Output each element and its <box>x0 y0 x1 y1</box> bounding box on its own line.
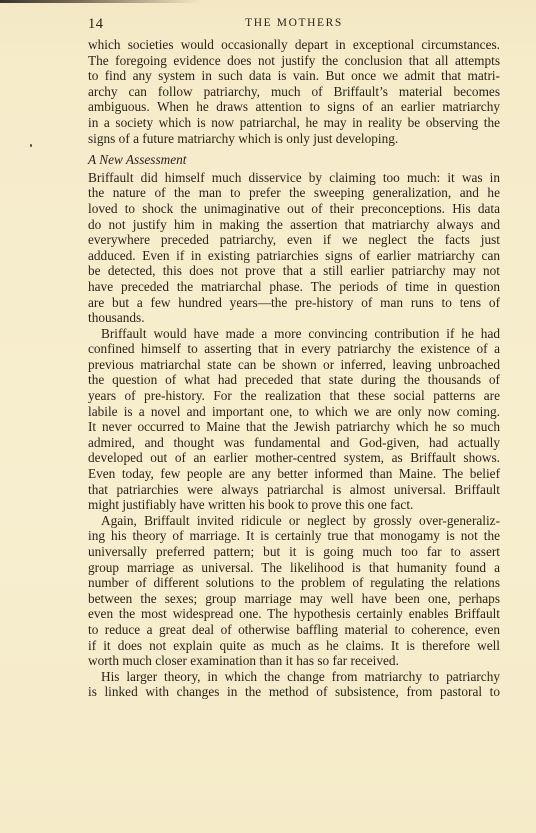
paragraph: Again, Briffault invited ridicule or neg… <box>88 513 500 669</box>
paragraph: Briffault did himself much disservice by… <box>88 170 500 326</box>
text-line: signs of a future matriarchy which is on… <box>88 131 500 147</box>
text-line: is linked with changes in the method of … <box>88 684 500 700</box>
body-text: which societies would occasionally depar… <box>88 37 500 700</box>
running-head: 14 THE MOTHERS <box>88 16 500 36</box>
text-line: labile is a novel and important one, to … <box>88 404 500 420</box>
text-line: previous matriarchal state can be shown … <box>88 357 500 373</box>
text-line: are but a few hundred years—the pre-hist… <box>88 295 500 311</box>
text-line: be detected, this does not prove that a … <box>88 263 500 279</box>
text-line: developed out of an earlier mother-centr… <box>88 450 500 466</box>
text-line: archy can follow patriarchy, much of Bri… <box>88 84 500 100</box>
text-line: in a society which is now patriarchal, h… <box>88 115 500 131</box>
text-line: even the most widespread one. The hypoth… <box>88 606 500 622</box>
text-line: adduced. Even if in existing patriarchie… <box>88 248 500 264</box>
section-heading: A New Assessment <box>88 152 500 168</box>
text-line: Briffault would have made a more convinc… <box>88 326 500 342</box>
text-line: loved to shock the unimaginative out of … <box>88 201 500 217</box>
paper-speck <box>30 144 32 147</box>
text-line: the question of what had preceded that s… <box>88 372 500 388</box>
text-line: which societies would occasionally depar… <box>88 37 500 53</box>
paragraph: Briffault would have made a more convinc… <box>88 326 500 513</box>
paragraph: which societies would occasionally depar… <box>88 37 500 146</box>
text-line: that patriarchies were always patriarcha… <box>88 482 500 498</box>
text-line: confined himself to asserting that in ev… <box>88 341 500 357</box>
running-title: THE MOTHERS <box>88 17 500 29</box>
text-line: His larger theory, in which the change f… <box>88 669 500 685</box>
book-page: 14 THE MOTHERS which societies would occ… <box>0 0 536 833</box>
text-line: Even today, few people are any better in… <box>88 466 500 482</box>
paragraph: His larger theory, in which the change f… <box>88 669 500 700</box>
text-line: ambiguous. When he draws attention to si… <box>88 99 500 115</box>
text-line: thousands. <box>88 310 500 326</box>
text-line: to find any system in such data is vain.… <box>88 68 500 84</box>
text-line: have preceded the matriarchal phase. The… <box>88 279 500 295</box>
text-line: number of different solutions to the pro… <box>88 575 500 591</box>
text-line: if it does not explain quite as much as … <box>88 638 500 654</box>
text-line: worth much closer examination than it ha… <box>88 653 500 669</box>
text-line: universally preferred pattern; but it is… <box>88 544 500 560</box>
text-line: It never occurred to Maine that the Jewi… <box>88 419 500 435</box>
text-line: between the sexes; group marriage may we… <box>88 591 500 607</box>
text-line: The foregoing evidence does not justify … <box>88 53 500 69</box>
text-line: might justifiably have written his book … <box>88 497 500 513</box>
text-line: Again, Briffault invited ridicule or neg… <box>88 513 500 529</box>
text-line: admired, and thought was fundamental and… <box>88 435 500 451</box>
text-line: everywhere preceded patriarchy, even if … <box>88 232 500 248</box>
text-line: to reduce a great deal of otherwise baff… <box>88 622 500 638</box>
text-line: Briffault did himself much disservice by… <box>88 170 500 186</box>
text-line: ing his theory of marriage. It is certai… <box>88 528 500 544</box>
text-line: years of pre-history. For the realizatio… <box>88 388 500 404</box>
text-line: group marriage as universal. The likelih… <box>88 560 500 576</box>
page-edge-shadow <box>0 0 200 3</box>
text-line: do not justify him in making the asserti… <box>88 217 500 233</box>
text-line: the nature of the man to prefer the swee… <box>88 185 500 201</box>
